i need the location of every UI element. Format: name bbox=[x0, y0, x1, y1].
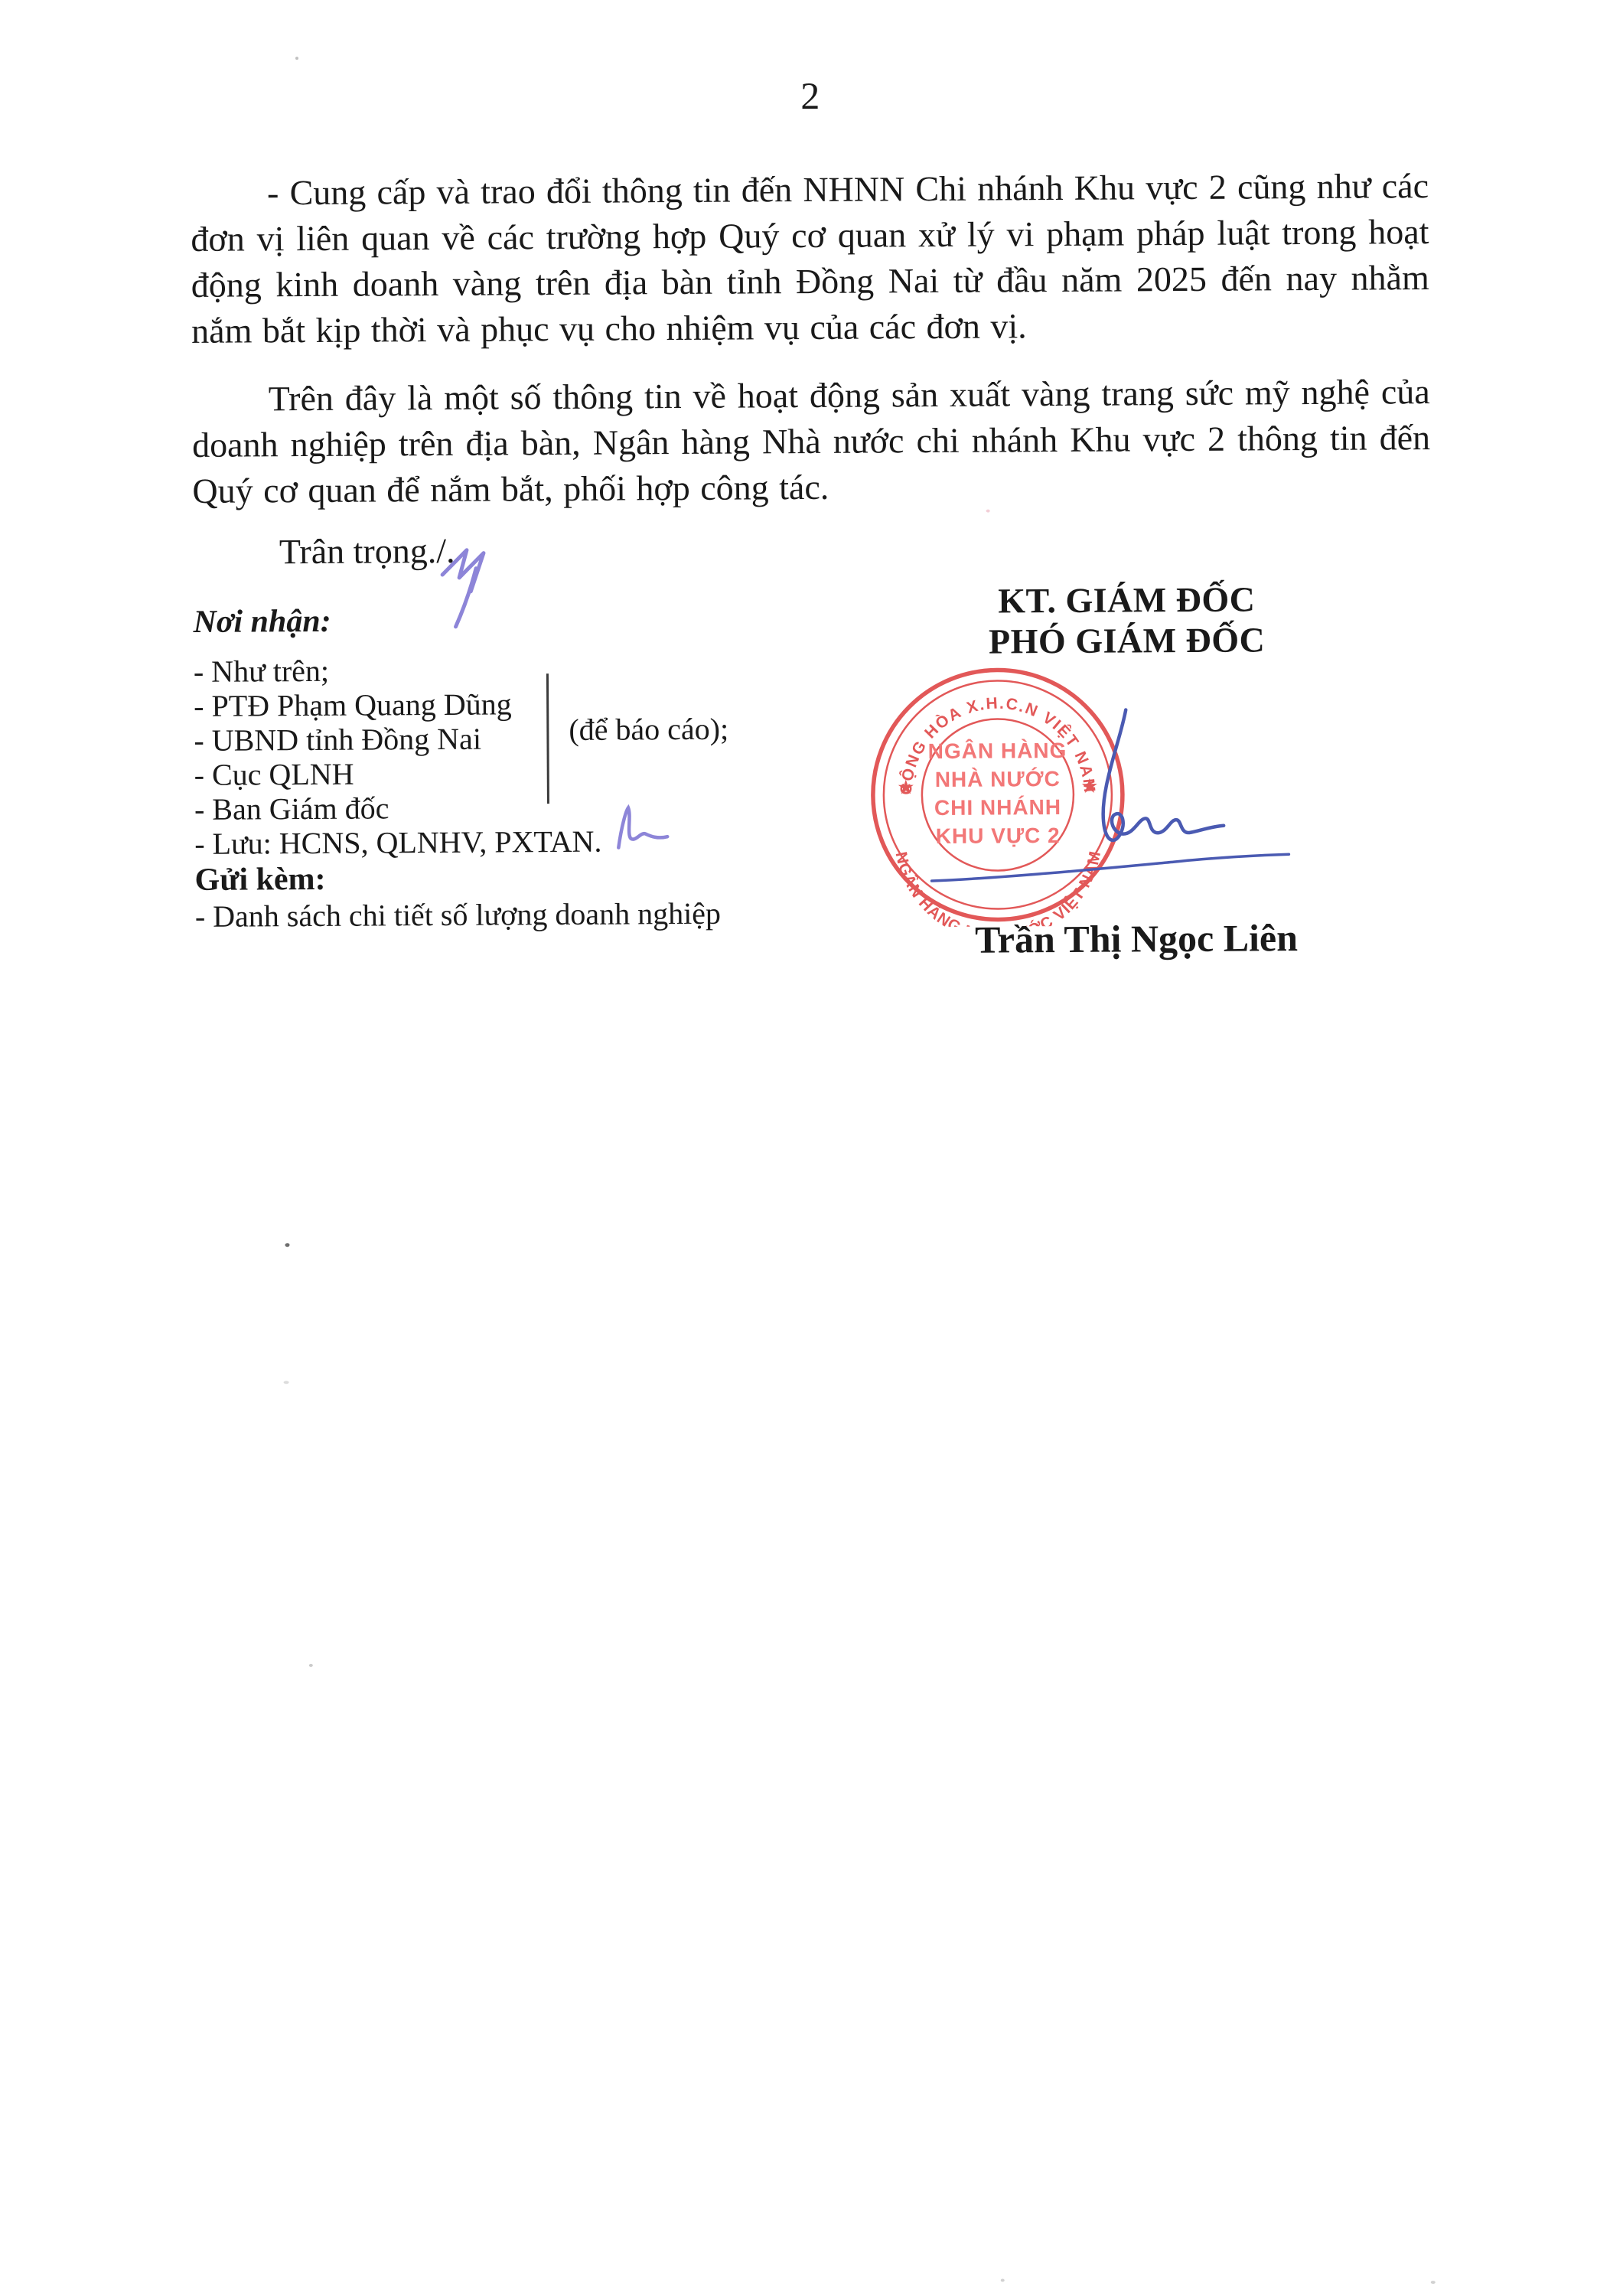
scan-speck bbox=[309, 1664, 313, 1667]
recipient-item: - Ban Giám đốc bbox=[194, 790, 554, 827]
body-paragraph-2: Trên đây là một số thông tin về hoạt độn… bbox=[192, 369, 1431, 514]
recipient-item: - PTĐ Phạm Quang Dũng bbox=[194, 687, 553, 723]
scan-speck bbox=[1431, 2281, 1436, 2284]
page-number: 2 bbox=[0, 69, 1621, 123]
attachment-item: - Danh sách chi tiết số lượng doanh nghi… bbox=[195, 897, 555, 934]
bracket-note: (để báo cáo); bbox=[569, 711, 728, 748]
attachment-heading: Gửi kèm: bbox=[194, 859, 554, 899]
recipients-heading: Nơi nhận: bbox=[193, 600, 552, 642]
recipient-item: - UBND tỉnh Đồng Nai bbox=[194, 721, 553, 758]
handwritten-initial bbox=[606, 798, 683, 856]
page-content: 2 - Cung cấp và trao đổi thông tin đến N… bbox=[0, 0, 1623, 2296]
scan-speck bbox=[295, 57, 298, 60]
scan-speck bbox=[986, 510, 990, 513]
signer-role-line1: KT. GIÁM ĐỐC bbox=[954, 579, 1299, 621]
recipient-item: - Như trên; bbox=[194, 652, 553, 689]
recipients-block: Nơi nhận: - Như trên; - PTĐ Phạm Quang D… bbox=[193, 600, 555, 934]
handwritten-signature bbox=[882, 670, 1312, 918]
signer-role-line2: PHÓ GIÁM ĐỐC bbox=[955, 619, 1299, 662]
scan-speck bbox=[285, 1243, 289, 1247]
recipient-item: - Cục QLNH bbox=[194, 755, 554, 792]
signer-name: Trần Thị Ngọc Liên bbox=[945, 915, 1328, 962]
scan-speck bbox=[284, 1381, 289, 1384]
body-paragraph-1: - Cung cấp và trao đổi thông tin đến NHN… bbox=[191, 163, 1429, 354]
signature-title-block: KT. GIÁM ĐỐC PHÓ GIÁM ĐỐC bbox=[954, 579, 1299, 662]
scan-speck bbox=[1001, 2279, 1005, 2282]
recipient-item: - Lưu: HCNS, QLNHV, PXTAN. bbox=[194, 824, 554, 861]
scanned-document-page: 2 - Cung cấp và trao đổi thông tin đến N… bbox=[0, 0, 1623, 2296]
